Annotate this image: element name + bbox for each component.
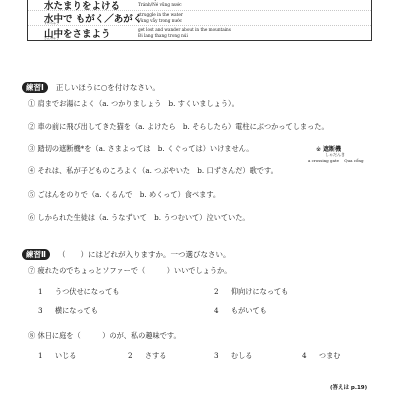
vocab-vi: Vùng vẫy trong nước <box>138 18 182 23</box>
q8-choice-2[interactable]: 2 さする <box>128 351 166 361</box>
vocab-row: 山中をさまよう さんちゅう get lost and wander about … <box>28 26 371 40</box>
q8-choice-3[interactable]: 3 むしる <box>214 351 252 361</box>
vocab-vi: Đi lang thang trong núi <box>138 33 188 38</box>
q8-choice-1[interactable]: 1 いじる <box>38 351 76 361</box>
exercise2-header: 練習Ⅱ （ ）にはどれが入りますか。一つ選びなさい。 <box>22 242 231 261</box>
question-5: ⑤ ごはんをのりで（a. くるんで b. めくって）食べます。 <box>28 190 220 200</box>
question-7: ⑦ 疲れたのでちょっとソファーで（ ）いいでしょうか。 <box>28 266 231 276</box>
exercise1-instruction: 正しいほうに○を付けなさい。 <box>56 83 160 92</box>
q7-choice-4[interactable]: 4 もがいても <box>214 306 267 316</box>
answer-reference: (答えは p.19) <box>330 383 367 391</box>
exercise2-badge: 練習Ⅱ <box>22 249 50 260</box>
footnote-translation: a crossing gate Qua cổng <box>308 158 364 163</box>
question-6: ⑥ しかられた生徒は（a. うなずいて b. うつむいて）泣いていた。 <box>28 213 250 223</box>
q7-choice-3[interactable]: 3 横になっても <box>38 306 98 316</box>
q7-choice-2[interactable]: 2 仰向けになっても <box>214 287 288 297</box>
question-4: ④ それは、私が子どものころよく（a. つぶやいた b. 口ずさんだ）歌です。 <box>28 166 278 176</box>
question-1: ① 肩までお湯によく（a. つかりましょう b. すくいましょう）。 <box>28 99 239 109</box>
vocab-en: avoid a puddle of water <box>138 0 188 1</box>
q7-choice-1[interactable]: 1 うつ伏せになっても <box>38 287 120 297</box>
exercise1-header: 練習Ⅰ 正しいほうに○を付けなさい。 <box>22 75 160 94</box>
q8-choice-4[interactable]: 4 つまむ <box>302 351 340 361</box>
vocab-ruby: さんちゅう <box>44 36 59 40</box>
exercise2-instruction: （ ）にはどれが入りますか。一つ選びなさい。 <box>58 250 231 259</box>
vocab-en: get lost and wander about in the mountai… <box>138 27 231 32</box>
vocab-row: 水中で もがく／あがく すいちゅう struggle in the water … <box>28 11 371 26</box>
vocab-vi: Tránh/Né vũng nước <box>138 2 182 7</box>
question-8: ⑧ 休日に庭を（ ）のが、私の趣味です。 <box>28 331 181 341</box>
question-3: ③ 踏切の遮断機*を（a. さまよっては b. くぐっては）いけません。 <box>28 144 253 154</box>
vocab-en: struggle in the water <box>138 12 183 17</box>
vocab-ruby: すいちゅう <box>44 21 59 25</box>
vocab-table: 水たまりをよける avoid a puddle of water Tránh/N… <box>27 0 372 41</box>
exercise1-badge: 練習Ⅰ <box>22 82 48 93</box>
question-2: ② 車の前に飛び出してきた猫を（a. よけたら b. そらしたら）電柱にぶつかっ… <box>28 122 329 132</box>
vocab-row: 水たまりをよける avoid a puddle of water Tránh/N… <box>28 0 371 11</box>
